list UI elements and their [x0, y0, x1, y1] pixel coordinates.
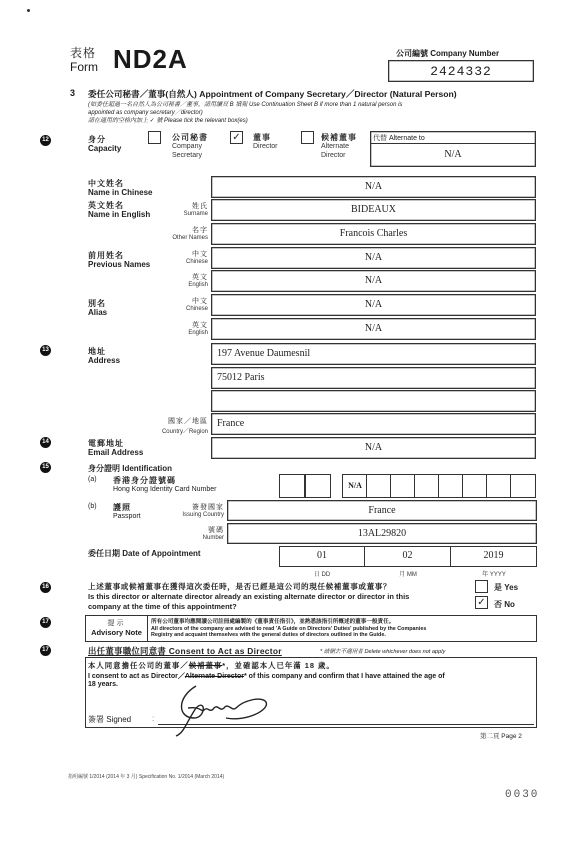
date-day-field[interactable]: 01 [280, 547, 365, 566]
consent-delete-note: * 請刪去不適用者 Delete whichever does not appl… [320, 647, 445, 655]
hkid-marker: (a) [88, 476, 97, 483]
date-month-caption: 月 MM [365, 569, 451, 578]
marker-12: 12 [40, 135, 51, 146]
existing-director-question-en2: company at the time of this appointment? [88, 602, 237, 611]
advisory-label-zh: 提示 [86, 618, 147, 628]
hkid-digit-cell[interactable] [486, 474, 512, 498]
company-number-box: 2424332 [388, 60, 534, 82]
consent-zh-strike: 候補董事 [189, 661, 223, 670]
marker-15: 15 [40, 462, 51, 473]
chinese-name-value: N/A [212, 181, 535, 192]
passport-number-value: 13AL29820 [228, 528, 536, 539]
previous-name-english-value: N/A [212, 275, 535, 286]
date-month-value: 02 [365, 550, 450, 561]
section-number: 3 [70, 88, 75, 98]
date-month-field[interactable]: 02 [365, 547, 451, 566]
hkid-digit-cell[interactable] [462, 474, 488, 498]
date-day-caption: 日 DD [279, 569, 365, 578]
option-alternate-director-en2: Director [321, 152, 346, 159]
hkid-label-en: Hong Kong Identity Card Number [113, 486, 217, 493]
option-director-zh: 董事 [253, 132, 271, 143]
document-stamp: 0030 [505, 789, 539, 801]
marker-16: 16 [40, 582, 51, 593]
hkid-digit-cell[interactable] [414, 474, 440, 498]
tick-instruction: 請在適用的空格內加上 ✓ 號 Please tick the relevant … [88, 115, 248, 124]
passport-label-zh: 護照 [113, 502, 131, 513]
consent-text-en-line2: 18 years. [88, 681, 118, 688]
existing-director-question-en1: Is this director or alternate director a… [88, 592, 409, 601]
hkid-digit-cell[interactable] [390, 474, 416, 498]
alias-chinese-field[interactable]: N/A [211, 294, 536, 316]
address-label-en: Address [88, 356, 120, 365]
surname-value: BIDEAUX [212, 204, 535, 215]
option-company-secretary-zh: 公司秘書 [172, 132, 208, 143]
email-field[interactable]: N/A [211, 437, 536, 459]
surname-label-zh: 姓氏 [150, 201, 208, 211]
advisory-note-box: 提示 Advisory Note 所有公司董事均應閱讀公司註冊處編製的《董事責任… [85, 615, 537, 642]
issuing-country-value: France [228, 505, 536, 516]
previous-name-chinese-field[interactable]: N/A [211, 247, 536, 269]
checkbox-company-secretary[interactable] [148, 131, 161, 144]
other-names-value: Francois Charles [212, 228, 535, 239]
hkid-label-zh: 香港身分證號碼 [113, 475, 176, 486]
identification-title: 身分證明 Identification [88, 463, 172, 474]
email-label-en: Email Address [88, 448, 143, 457]
previous-chinese-label-zh: 中文 [150, 249, 208, 259]
form-label-en: Form [70, 60, 98, 74]
page-number: 第二頁 Page 2 [480, 731, 522, 740]
other-names-field[interactable]: Francois Charles [211, 223, 536, 245]
consent-box: 本人同意擔任公司的董事／候補董事*，並確認本人已年滿 18 歲。 I conse… [85, 657, 537, 728]
previous-english-label-en: English [150, 282, 208, 288]
company-number-label: 公司編號 Company Number [396, 48, 499, 59]
previous-chinese-label-en: Chinese [150, 259, 208, 265]
specification-note: 指明編號 1/2014 (2014 年 3 月) Specification N… [68, 773, 224, 780]
advisory-label-en: Advisory Note [86, 628, 147, 637]
alternate-to-label: 代替 Alternate to [373, 133, 425, 143]
signature-image[interactable] [166, 678, 296, 738]
hkid-digit-cell[interactable] [510, 474, 536, 498]
passport-number-label-zh: 號碼 [160, 525, 224, 535]
country-label-zh: 國家／地區 [130, 416, 208, 426]
hkid-digit-boxes: N/A [342, 474, 538, 498]
chinese-name-label-en: Name in Chinese [88, 188, 152, 197]
hkid-prefix-cell[interactable] [305, 474, 331, 498]
country-field[interactable]: France [211, 413, 536, 435]
country-label-en: Country／Region [130, 426, 208, 435]
advisory-label-cell: 提示 Advisory Note [86, 616, 148, 641]
consent-title: 出任董事職位同意書 Consent to Act as Director [88, 645, 282, 657]
option-alternate-director-en1: Alternate [321, 143, 349, 150]
previous-names-label-en: Previous Names [88, 260, 150, 269]
scan-speck [27, 9, 30, 12]
previous-name-english-field[interactable]: N/A [211, 270, 536, 292]
passport-label-en: Passport [113, 513, 141, 520]
previous-english-label-zh: 英文 [150, 272, 208, 282]
address-line1-value: 197 Avenue Daumesnil [217, 348, 310, 359]
passport-number-label-en: Number [160, 535, 224, 541]
checkbox-director[interactable]: ✓ [230, 131, 243, 144]
company-number-value: 2424332 [389, 64, 533, 79]
signed-label: 簽署 Signed [88, 714, 131, 725]
alias-english-label-zh: 英文 [150, 320, 208, 330]
alias-chinese-label-zh: 中文 [150, 296, 208, 306]
yes-label: 是 Yes [494, 582, 518, 593]
alias-english-field[interactable]: N/A [211, 318, 536, 340]
checkbox-yes[interactable] [475, 580, 488, 593]
alias-chinese-value: N/A [212, 299, 535, 310]
option-company-secretary-en2: Secretary [172, 152, 202, 159]
advisory-text-zh: 所有公司董事均應閱讀公司註冊處編製的《董事責任指引》，並熟悉該指引所概述的董事一… [151, 617, 534, 625]
passport-number-field[interactable]: 13AL29820 [227, 523, 537, 544]
form-code: ND2A [113, 44, 188, 75]
no-label: 否 No [494, 599, 515, 610]
consent-zh-post: *，並確認本人已年滿 18 歲。 [222, 661, 335, 670]
surname-field[interactable]: BIDEAUX [211, 199, 536, 221]
advisory-text: 所有公司董事均應閱讀公司註冊處編製的《董事責任指引》，並熟悉該指引所概述的董事一… [151, 617, 534, 638]
country-value: France [217, 418, 244, 429]
english-name-label-en: Name in English [88, 210, 150, 219]
option-company-secretary-en1: Company [172, 143, 202, 150]
other-names-label-en: Other Names [150, 235, 208, 241]
other-names-label-zh: 名字 [150, 225, 208, 235]
capacity-label-en: Capacity [88, 144, 121, 153]
address-line3-field[interactable] [211, 390, 536, 412]
existing-director-question-zh: 上述董事或候補董事在獲得這次委任時，是否已經是這公司的現任候補董事或董事？ [88, 581, 391, 592]
consent-text-zh: 本人同意擔任公司的董事／候補董事*，並確認本人已年滿 18 歲。 [88, 660, 335, 671]
signed-colon: : [152, 714, 154, 723]
advisory-text-en2: Registry and acquaint themselves with th… [151, 632, 534, 638]
issuing-country-label-en: Issuing Country [160, 512, 224, 518]
date-year-value: 2019 [451, 550, 536, 561]
hkid-prefix-cell[interactable] [279, 474, 305, 498]
address-line1-field[interactable]: 197 Avenue Daumesnil [211, 343, 536, 365]
alias-english-value: N/A [212, 323, 535, 334]
hkid-prefix-boxes [279, 474, 333, 498]
passport-marker: (b) [88, 503, 97, 510]
chinese-name-field[interactable]: N/A [211, 176, 536, 198]
date-year-caption: 年 YYYY [451, 569, 537, 578]
alternate-to-divider [371, 143, 535, 144]
alternate-to-box: 代替 Alternate to N/A [370, 131, 536, 167]
issuing-country-field[interactable]: France [227, 500, 537, 521]
email-value: N/A [212, 442, 535, 453]
alias-chinese-label-en: Chinese [150, 306, 208, 312]
issuing-country-label-zh: 簽發國家 [160, 502, 224, 512]
hkid-digit-cell[interactable] [366, 474, 392, 498]
checkbox-alternate-director[interactable] [301, 131, 314, 144]
surname-label-en: Surname [150, 211, 208, 217]
date-year-field[interactable]: 2019 [451, 547, 536, 566]
address-line2-field[interactable]: 75012 Paris [211, 367, 536, 389]
previous-name-chinese-value: N/A [212, 252, 535, 263]
appointment-date-boxes: 01 02 2019 [279, 546, 537, 567]
form-label-zh: 表格 [70, 44, 96, 61]
address-line2-value: 75012 Paris [217, 372, 265, 383]
marker-13: 13 [40, 345, 51, 356]
option-alternate-director-zh: 候補董事 [321, 132, 357, 143]
marker-17b: 17 [40, 645, 51, 656]
alias-label-en: Alias [88, 308, 107, 317]
option-director-en1: Director [253, 143, 278, 150]
marker-17a: 17 [40, 617, 51, 628]
alternate-to-value: N/A [371, 149, 535, 160]
alias-english-label-en: English [150, 330, 208, 336]
hkid-digit-cell[interactable]: N/A [342, 474, 368, 498]
hkid-digit-cell[interactable] [438, 474, 464, 498]
date-day-value: 01 [280, 550, 364, 561]
appointment-date-label: 委任日期 Date of Appointment [88, 548, 201, 559]
consent-zh-pre: 本人同意擔任公司的董事／ [88, 661, 189, 670]
checkbox-no[interactable]: ✓ [475, 596, 488, 609]
marker-14: 14 [40, 437, 51, 448]
